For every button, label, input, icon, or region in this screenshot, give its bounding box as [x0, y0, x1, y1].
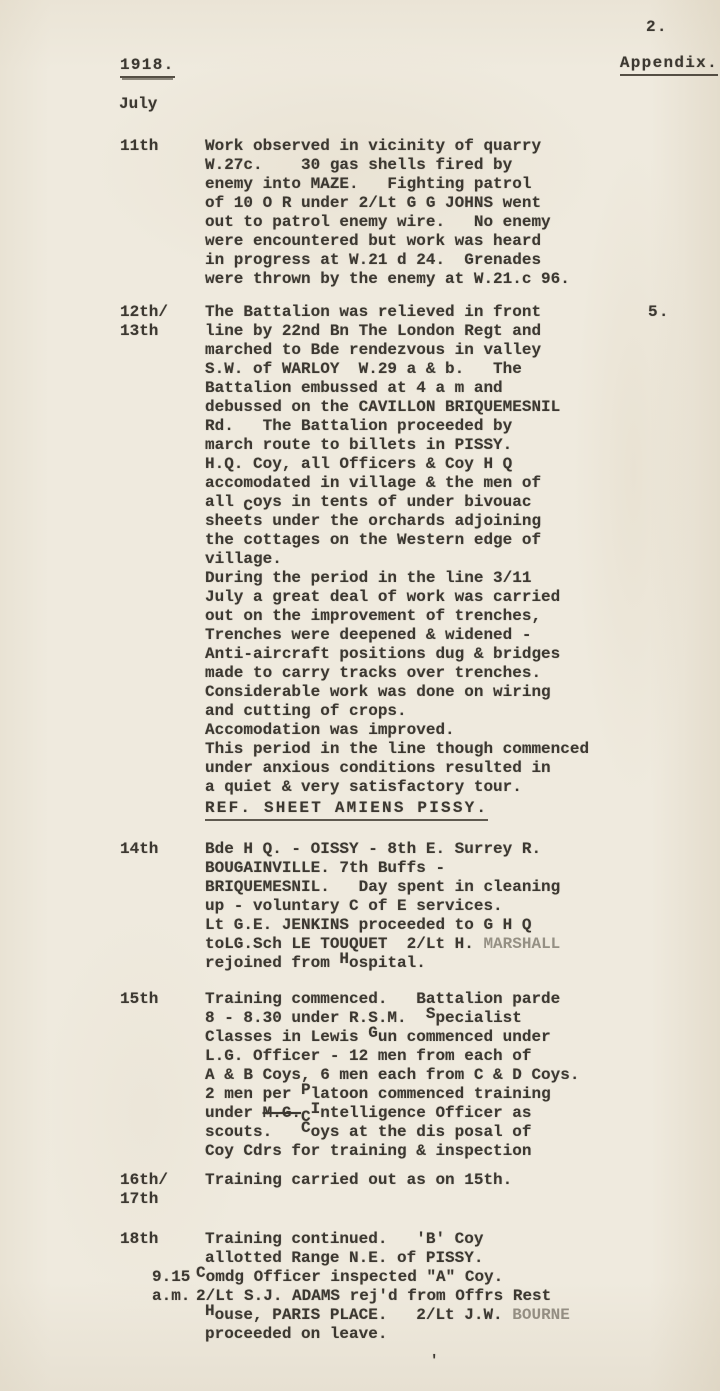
entry-line: This period in the line though commenced: [205, 740, 589, 759]
diary-entry-15th: 15th Training commenced. Battalion parde…: [120, 990, 579, 1161]
entry-line: line by 22nd Bn The London Regt and: [205, 322, 589, 341]
entry-line: 8 - 8.30 under R.S.M. Specialist: [205, 1009, 579, 1028]
entry-line: During the period in the line 3/11: [205, 569, 589, 588]
entry-text-column: Training continued. 'B' Coyallotted Rang…: [205, 1230, 570, 1344]
entry-line: Bde H Q. - OISSY - 8th E. Surrey R.: [205, 840, 560, 859]
entry-line: Lt G.E. JENKINS proceeded to G H Q: [205, 916, 560, 935]
entry-line: House, PARIS PLACE. 2/Lt J.W. BOURNE: [205, 1306, 570, 1325]
entry-line: marched to Bde rendezvous in valley: [205, 341, 589, 360]
year-heading: 1918.: [120, 56, 175, 78]
time-label: 9.15: [152, 1268, 190, 1287]
entry-line: rejoined from Hospital.: [205, 954, 560, 973]
entry-line: a quiet & very satisfactory tour.: [205, 778, 589, 797]
entry-line: Comdg Officer inspected "A" Coy.9.15: [196, 1268, 570, 1287]
entry-text-column: The Battalion was relieved in frontline …: [205, 303, 589, 797]
entry-line: H.Q. Coy, all Officers & Coy H Q: [205, 455, 589, 474]
diary-entry-16th-17th: 16th/17th Training carried out as on 15t…: [120, 1171, 512, 1209]
entry-line: village.: [205, 550, 589, 569]
entry-date: 16th/: [120, 1171, 205, 1190]
entry-line: march route to billets in PISSY.: [205, 436, 589, 455]
time-label: a.m.: [152, 1287, 190, 1306]
entry-line: sheets under the orchards adjoining: [205, 512, 589, 531]
entry-line: in progress at W.21 d 24. Grenades: [205, 251, 570, 270]
entry-line: accomodated in village & the men of: [205, 474, 589, 493]
diary-entry-12th-13th: 12th/13th The Battalion was relieved in …: [120, 303, 589, 797]
entry-date: 11th: [120, 137, 205, 156]
entry-line: Considerable work was done on wiring: [205, 683, 589, 702]
entry-line: proceeded on leave.: [205, 1325, 570, 1344]
entry-date: 17th: [120, 1190, 205, 1209]
entry-line: out on the improvement of trenches,: [205, 607, 589, 626]
entry-date: 12th/: [120, 303, 205, 322]
entry-date: 18th: [120, 1230, 205, 1249]
entry-date-column: 16th/17th: [120, 1171, 205, 1209]
entry-line: A & B Coys, 6 men each from C & D Coys.: [205, 1066, 579, 1085]
entry-line: of 10 O R under 2/Lt G G JOHNS went: [205, 194, 570, 213]
diary-entry-18th: 18th Training continued. 'B' Coyallotted…: [120, 1230, 570, 1344]
entry-line: S.W. of WARLOY W.29 a & b. The: [205, 360, 589, 379]
entry-line: debussed on the CAVILLON BRIQUEMESNIL: [205, 398, 589, 417]
entry-date-column: 11th: [120, 137, 205, 289]
entry-line: enemy into MAZE. Fighting patrol: [205, 175, 570, 194]
entry-line: Training carried out as on 15th.: [205, 1171, 512, 1190]
entry-line: under anxious conditions resulted in: [205, 759, 589, 778]
entry-line: scouts. Coys at the dis posal of: [205, 1123, 579, 1142]
appendix-label: Appendix.: [620, 54, 718, 76]
entry-line: all Coys in tents of under bivouac: [205, 493, 589, 512]
entry-date: 14th: [120, 840, 205, 859]
entry-date-column: 14th: [120, 840, 205, 973]
month-label: July: [119, 95, 157, 114]
margin-note: 5.: [648, 303, 670, 322]
entry-line: 2/Lt S.J. ADAMS rej'd from Offrs Resta.m…: [196, 1287, 570, 1306]
entry-line: Classes in Lewis Gun commenced under: [205, 1028, 579, 1047]
entry-line: and cutting of crops.: [205, 702, 589, 721]
entry-line: up - voluntary C of E services.: [205, 897, 560, 916]
entry-line: Training commenced. Battalion parde: [205, 990, 579, 1009]
entry-line: July a great deal of work was carried: [205, 588, 589, 607]
entry-line: L.G. Officer - 12 men from each of: [205, 1047, 579, 1066]
entry-date: 13th: [120, 322, 205, 341]
entry-line: W.27c. 30 gas shells fired by: [205, 156, 570, 175]
entry-line: out to patrol enemy wire. No enemy: [205, 213, 570, 232]
entry-line: The Battalion was relieved in front: [205, 303, 589, 322]
entry-text-column: Bde H Q. - OISSY - 8th E. Surrey R.BOUGA…: [205, 840, 560, 973]
entry-line: under M.G.CIntelligence Officer as: [205, 1104, 579, 1123]
entry-line: 2 men per Platoon commenced training: [205, 1085, 579, 1104]
war-diary-page: 2. 1918. Appendix. July 11th Work observ…: [0, 0, 720, 1391]
entry-line: Coy Cdrs for training & inspection: [205, 1142, 579, 1161]
ref-sheet-heading: REF. SHEET AMIENS PISSY.: [205, 799, 488, 821]
entry-line: made to carry tracks over trenches.: [205, 664, 589, 683]
entry-line: Work observed in vicinity of quarry: [205, 137, 570, 156]
entry-line: were encountered but work was heard: [205, 232, 570, 251]
diary-entry-14th: 14th Bde H Q. - OISSY - 8th E. Surrey R.…: [120, 840, 560, 973]
entry-text-column: Work observed in vicinity of quarryW.27c…: [205, 137, 570, 289]
entry-line: allotted Range N.E. of PISSY.: [205, 1249, 570, 1268]
entry-line: Rd. The Battalion proceeded by: [205, 417, 589, 436]
entry-date-column: 12th/13th: [120, 303, 205, 797]
entry-line: Accomodation was improved.: [205, 721, 589, 740]
entry-date: 15th: [120, 990, 205, 1009]
entry-line: Training continued. 'B' Coy: [205, 1230, 570, 1249]
entry-line: toLG.Sch LE TOUQUET 2/Lt H. MARSHALL: [205, 935, 560, 954]
entry-line: Battalion embussed at 4 a m and: [205, 379, 589, 398]
entry-line: Trenches were deepened & widened -: [205, 626, 589, 645]
entry-line: were thrown by the enemy at W.21.c 96.: [205, 270, 570, 289]
entry-text-column: Training carried out as on 15th.: [205, 1171, 512, 1209]
entry-line: the cottages on the Western edge of: [205, 531, 589, 550]
entry-text-column: Training commenced. Battalion parde8 - 8…: [205, 990, 579, 1161]
entry-line: BRIQUEMESNIL. Day spent in cleaning: [205, 878, 560, 897]
diary-entry-11th: 11th Work observed in vicinity of quarry…: [120, 137, 570, 289]
entry-line: Anti-aircraft positions dug & bridges: [205, 645, 589, 664]
entry-line: BOUGAINVILLE. 7th Buffs -: [205, 859, 560, 878]
page-number: 2.: [646, 18, 668, 37]
entry-date-column: 15th: [120, 990, 205, 1161]
stray-ink-mark: ': [430, 1353, 438, 1369]
